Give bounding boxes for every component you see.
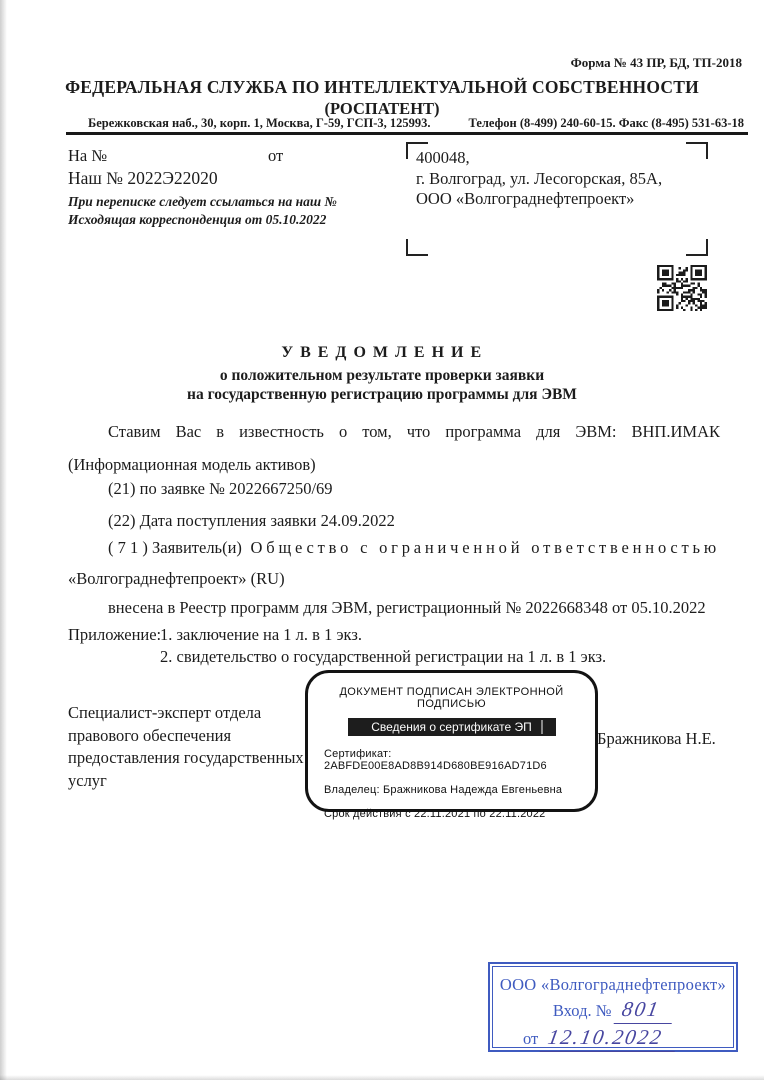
attachment-row-1: Приложение: 1. заключение на 1 л. в 1 эк… (68, 625, 720, 645)
scan-edge-shadow (0, 0, 7, 1080)
notice-subtitle-2: на государственную регистрацию программы… (0, 386, 764, 405)
stamp-date-row: от 12.10.2022 (523, 1025, 733, 1052)
esign-certificate-bar-label: Сведения о сертификате ЭП (371, 720, 532, 734)
stamp-date-label: от (523, 1029, 538, 1048)
registry-line: внесена в Реестр программ для ЭВМ, регис… (68, 598, 760, 618)
recipient-address: 400048, г. Волгоград, ул. Лесогорская, 8… (416, 148, 662, 210)
signer-position: Специалист-эксперт отдела правового обес… (68, 702, 320, 792)
esign-certificate-bar: Сведения о сертификате ЭП (348, 718, 556, 736)
stamp-incoming-number-handwritten: 801 (613, 997, 675, 1024)
signer-position-line: предоставления государственных (68, 747, 320, 770)
signer-position-line: услуг (68, 770, 320, 793)
bar-separator (541, 720, 543, 734)
signer-position-line: Специалист-эксперт отдела (68, 702, 320, 725)
agency-contact-row: Бережковская наб., 30, корп. 1, Москва, … (88, 116, 744, 131)
header-rule (66, 132, 748, 135)
incoming-number-label: На № (68, 146, 107, 165)
esign-owner: Владелец: Бражникова Надежда Евгеньевна (324, 784, 595, 796)
incoming-from-label: от (268, 146, 283, 166)
electronic-signature-box: ДОКУМЕНТ ПОДПИСАН ЭЛЕКТРОННОЙ ПОДПИСЬЮ С… (305, 670, 598, 812)
recipient-street: г. Волгоград, ул. Лесогорская, 85А, (416, 169, 662, 190)
applicant-value: Общество с ограниченной ответственностью (251, 538, 720, 558)
signer-name: Бражникова Н.Е. (597, 729, 716, 749)
stamp-date-handwritten: 12.10.2022 (540, 1025, 679, 1052)
recipient-company: ООО «Волгограднефтепроект» (416, 189, 662, 210)
applicant-line-2: «Волгограднефтепроект» (RU) (68, 569, 720, 589)
applicant-label: ( 7 1 ) Заявитель(и) (108, 538, 242, 558)
notice-title-block: У В Е Д О М Л Е Н И Е о положительном ре… (0, 344, 764, 404)
incoming-stamp-inner-border: ООО «Волгограднефтепроект» Вход. № 801 о… (492, 966, 734, 1048)
attachment-item-1: 1. заключение на 1 л. в 1 экз. (160, 625, 362, 645)
attachment-item-2: 2. свидетельство о государственной регис… (68, 647, 764, 667)
agency-address: Бережковская наб., 30, корп. 1, Москва, … (88, 116, 431, 131)
stamp-company: ООО «Волгограднефтепроект» (493, 975, 733, 995)
reference-row: На № от (68, 146, 368, 166)
incoming-stamp: ООО «Волгограднефтепроект» Вход. № 801 о… (488, 962, 738, 1052)
reference-note-2: Исходящая корреспонденция от 05.10.2022 (68, 212, 326, 228)
esign-header: ДОКУМЕНТ ПОДПИСАН ЭЛЕКТРОННОЙ ПОДПИСЬЮ (308, 686, 595, 710)
reference-note-1: При переписке следует ссылаться на наш № (68, 194, 337, 210)
notice-paragraph: Ставим Вас в известность о том, что прог… (68, 416, 720, 481)
signer-position-line: правового обеспечения (68, 725, 320, 748)
agency-phone: Телефон (8-499) 240-60-15. Факс (8-495) … (468, 116, 744, 131)
qr-code (657, 265, 707, 311)
esign-certificate-number: Сертификат: 2ABFDE00E8AD8B914D680BE916AD… (324, 748, 595, 772)
stamp-incoming-number-row: Вход. № 801 (493, 997, 733, 1024)
esign-validity: Срок действия с 22.11.2021 по 22.11.2022 (324, 808, 595, 820)
frame-corner-icon (686, 239, 708, 256)
scan-edge-shadow-bottom (0, 1075, 764, 1080)
application-number-line: (21) по заявке № 2022667250/69 (68, 479, 760, 499)
frame-corner-icon (686, 142, 708, 159)
attachment-label: Приложение: (68, 625, 160, 645)
our-number: Наш № 2022Э22020 (68, 168, 218, 189)
form-number: Форма № 43 ПР, БД, ТП-2018 (571, 55, 742, 71)
stamp-incoming-label: Вход. № (553, 1001, 612, 1020)
agency-name: ФЕДЕРАЛЬНАЯ СЛУЖБА ПО ИНТЕЛЛЕКТУАЛЬНОЙ С… (0, 77, 764, 98)
application-date-line: (22) Дата поступления заявки 24.09.2022 (68, 511, 760, 531)
recipient-postal-code: 400048, (416, 148, 662, 169)
notice-title: У В Е Д О М Л Е Н И Е (0, 344, 764, 362)
applicant-line: ( 7 1 ) Заявитель(и) Общество с ограниче… (68, 538, 720, 558)
frame-corner-icon (406, 239, 428, 256)
scanned-document-page: Форма № 43 ПР, БД, ТП-2018 ФЕДЕРАЛЬНАЯ С… (0, 0, 764, 1080)
notice-subtitle-1: о положительном результате проверки заяв… (0, 367, 764, 386)
recipient-address-frame: 400048, г. Волгоград, ул. Лесогорская, 8… (406, 142, 708, 256)
